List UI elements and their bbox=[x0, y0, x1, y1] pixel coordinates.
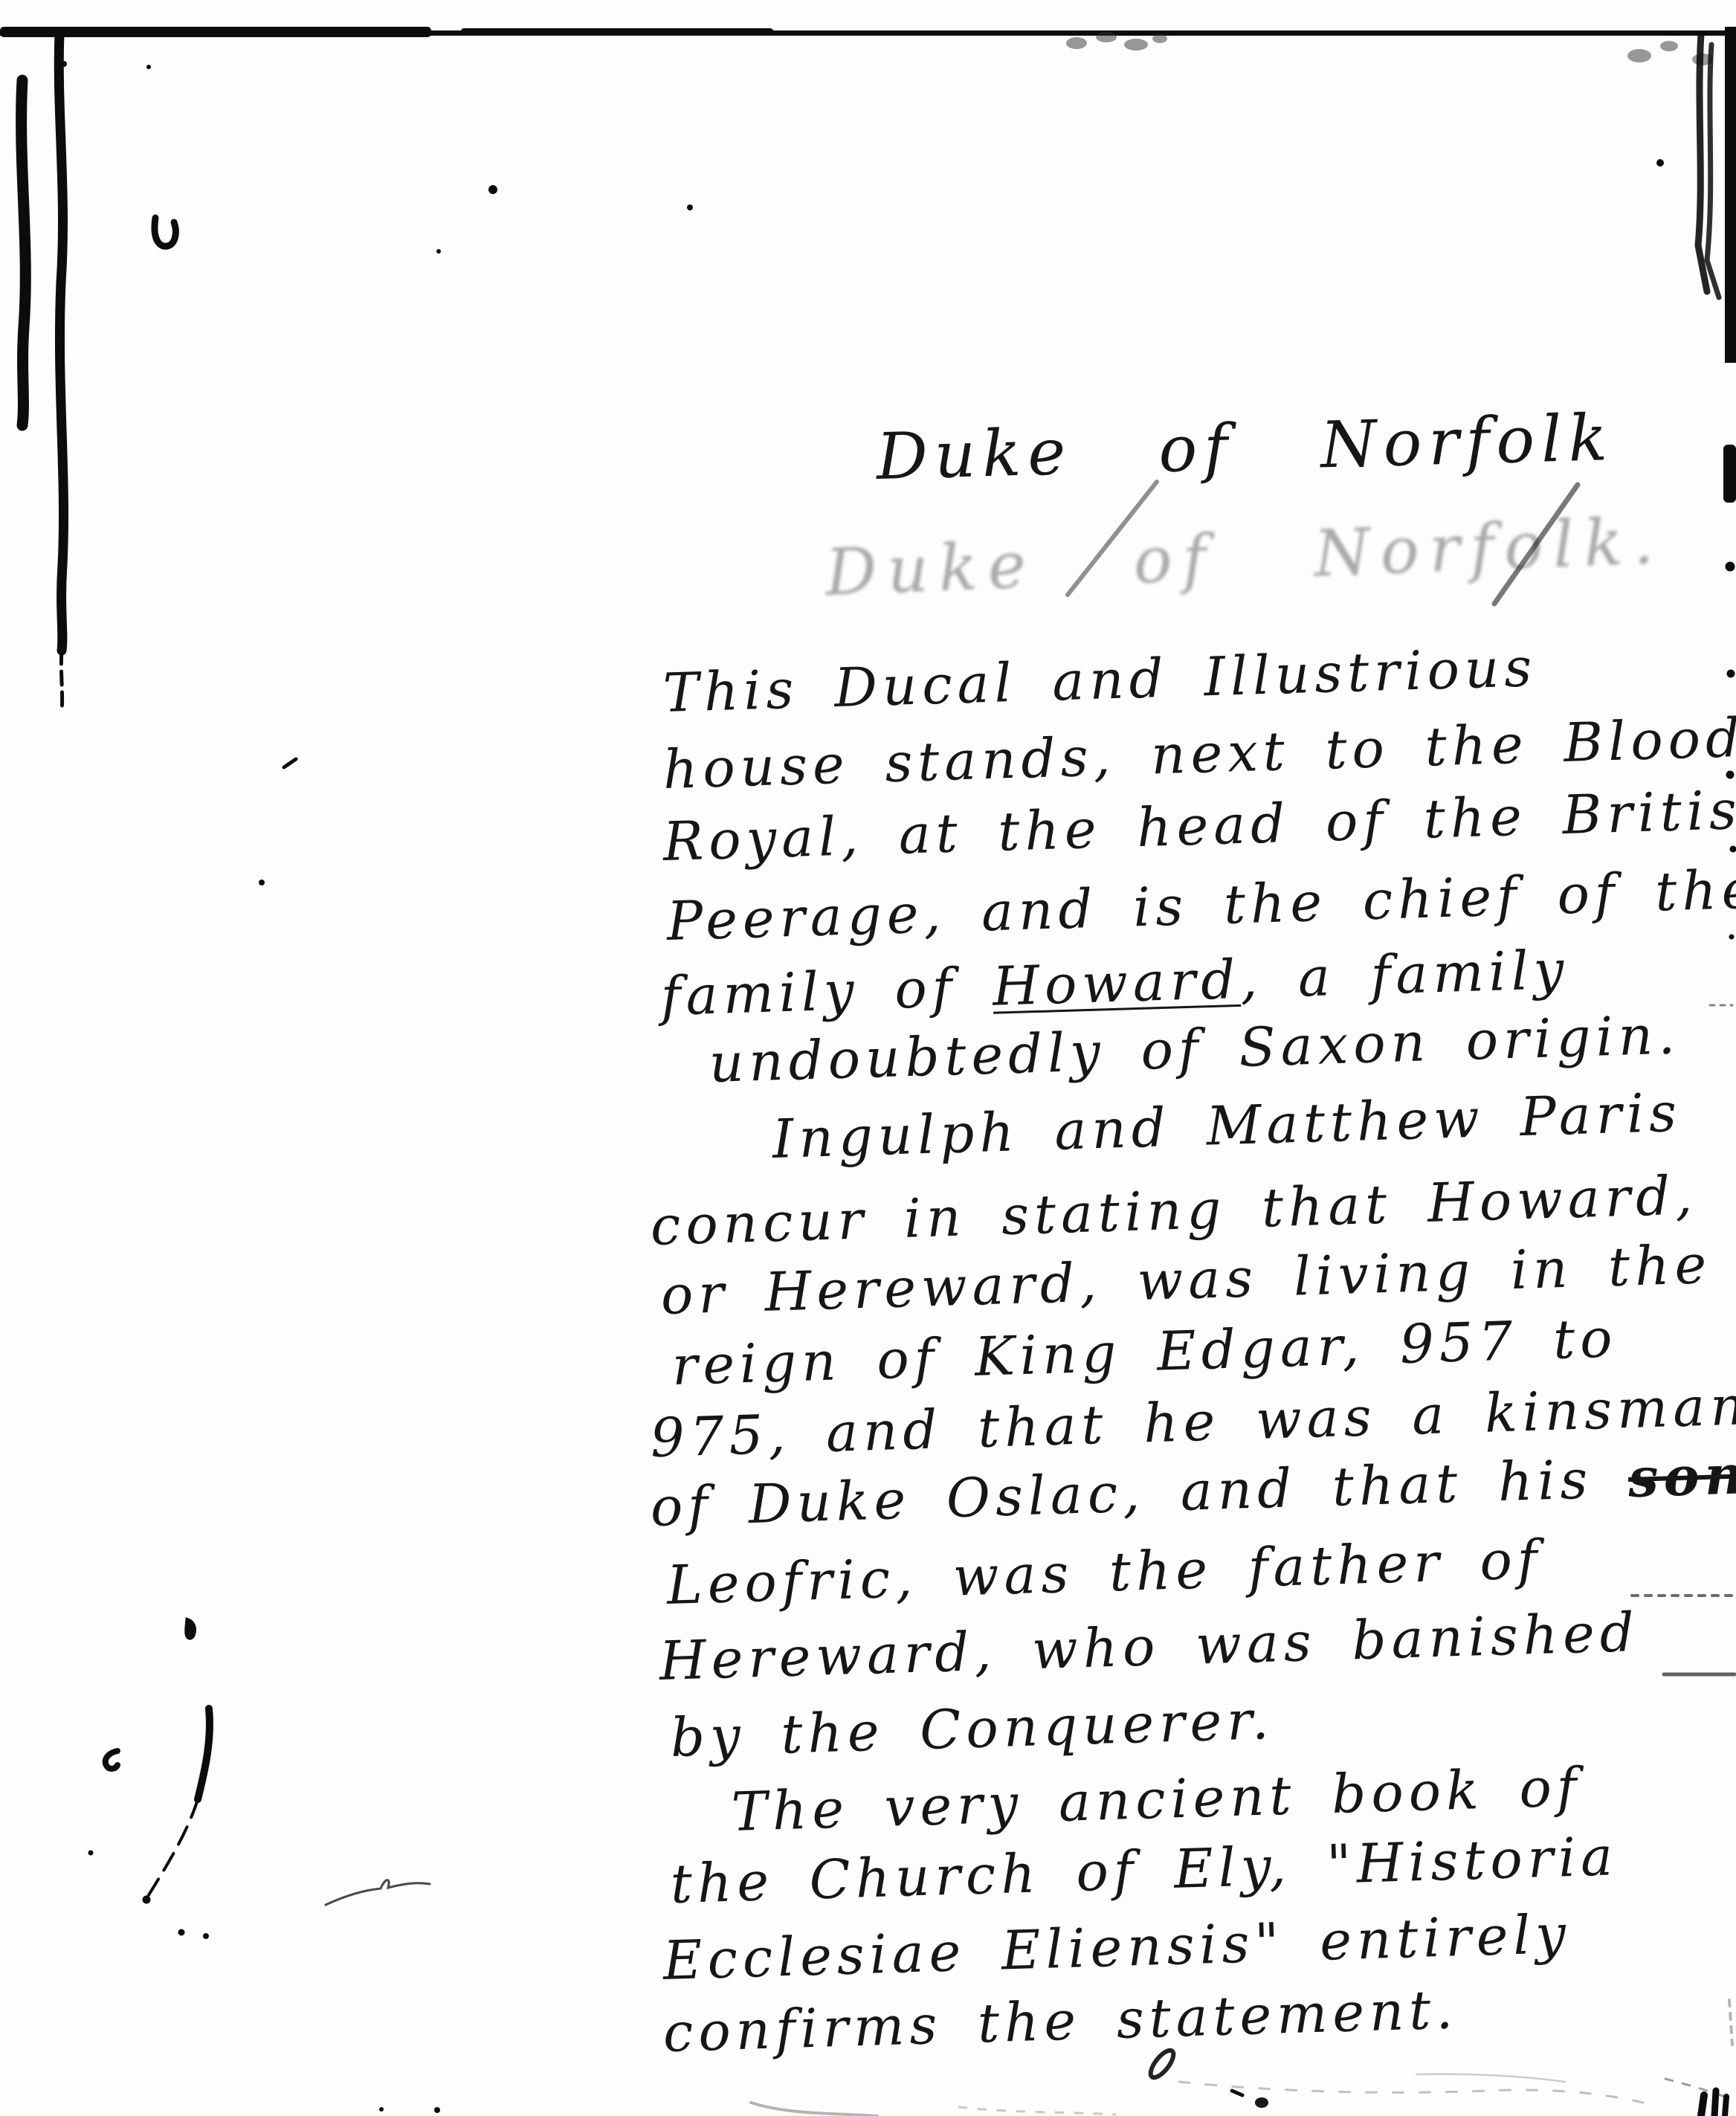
line-text: family of bbox=[660, 955, 994, 1028]
manuscript-line: reign of King Edgar, 957 to bbox=[671, 1311, 1619, 1393]
left-streak-artifacts bbox=[22, 34, 176, 712]
underlined-word: Howard bbox=[992, 948, 1242, 1018]
bottom-right-corner-artifacts bbox=[1665, 2000, 1732, 2116]
top-edge-line-artifact bbox=[0, 27, 1736, 37]
manuscript-line: Hereward, who was banished bbox=[659, 1605, 1640, 1688]
lower-left-ink-artifacts bbox=[88, 1618, 430, 1939]
manuscript-line: by the Conquerer. bbox=[670, 1693, 1275, 1764]
struck-word: son bbox=[1627, 1442, 1736, 1509]
manuscript-line: confirms the statement. bbox=[662, 1982, 1459, 2059]
manuscript-title: Duke of Norfolk bbox=[876, 406, 1615, 489]
scanned-manuscript-page: Duke of Norfolk Duke of Norfolk. This Du… bbox=[0, 0, 1736, 2116]
manuscript-line: Ecclesiae Eliensis" entirely bbox=[662, 1907, 1572, 1987]
top-grain-artifact bbox=[1066, 32, 1713, 65]
manuscript-title-ghost: Duke of Norfolk. bbox=[825, 509, 1665, 605]
manuscript-line: the Church of Ely, "Historia bbox=[670, 1829, 1619, 1911]
manuscript-line: The very ancient book of bbox=[731, 1760, 1583, 1839]
manuscript-line: Peerage, and is the chief of the bbox=[666, 862, 1736, 948]
line-text: , a family bbox=[1239, 938, 1569, 1010]
manuscript-line: This Ducal and Illustrious bbox=[662, 640, 1537, 720]
manuscript-line: Leofric, was the father of bbox=[666, 1532, 1543, 1612]
manuscript-line: Ingulph and Matthew Paris bbox=[772, 1086, 1682, 1166]
